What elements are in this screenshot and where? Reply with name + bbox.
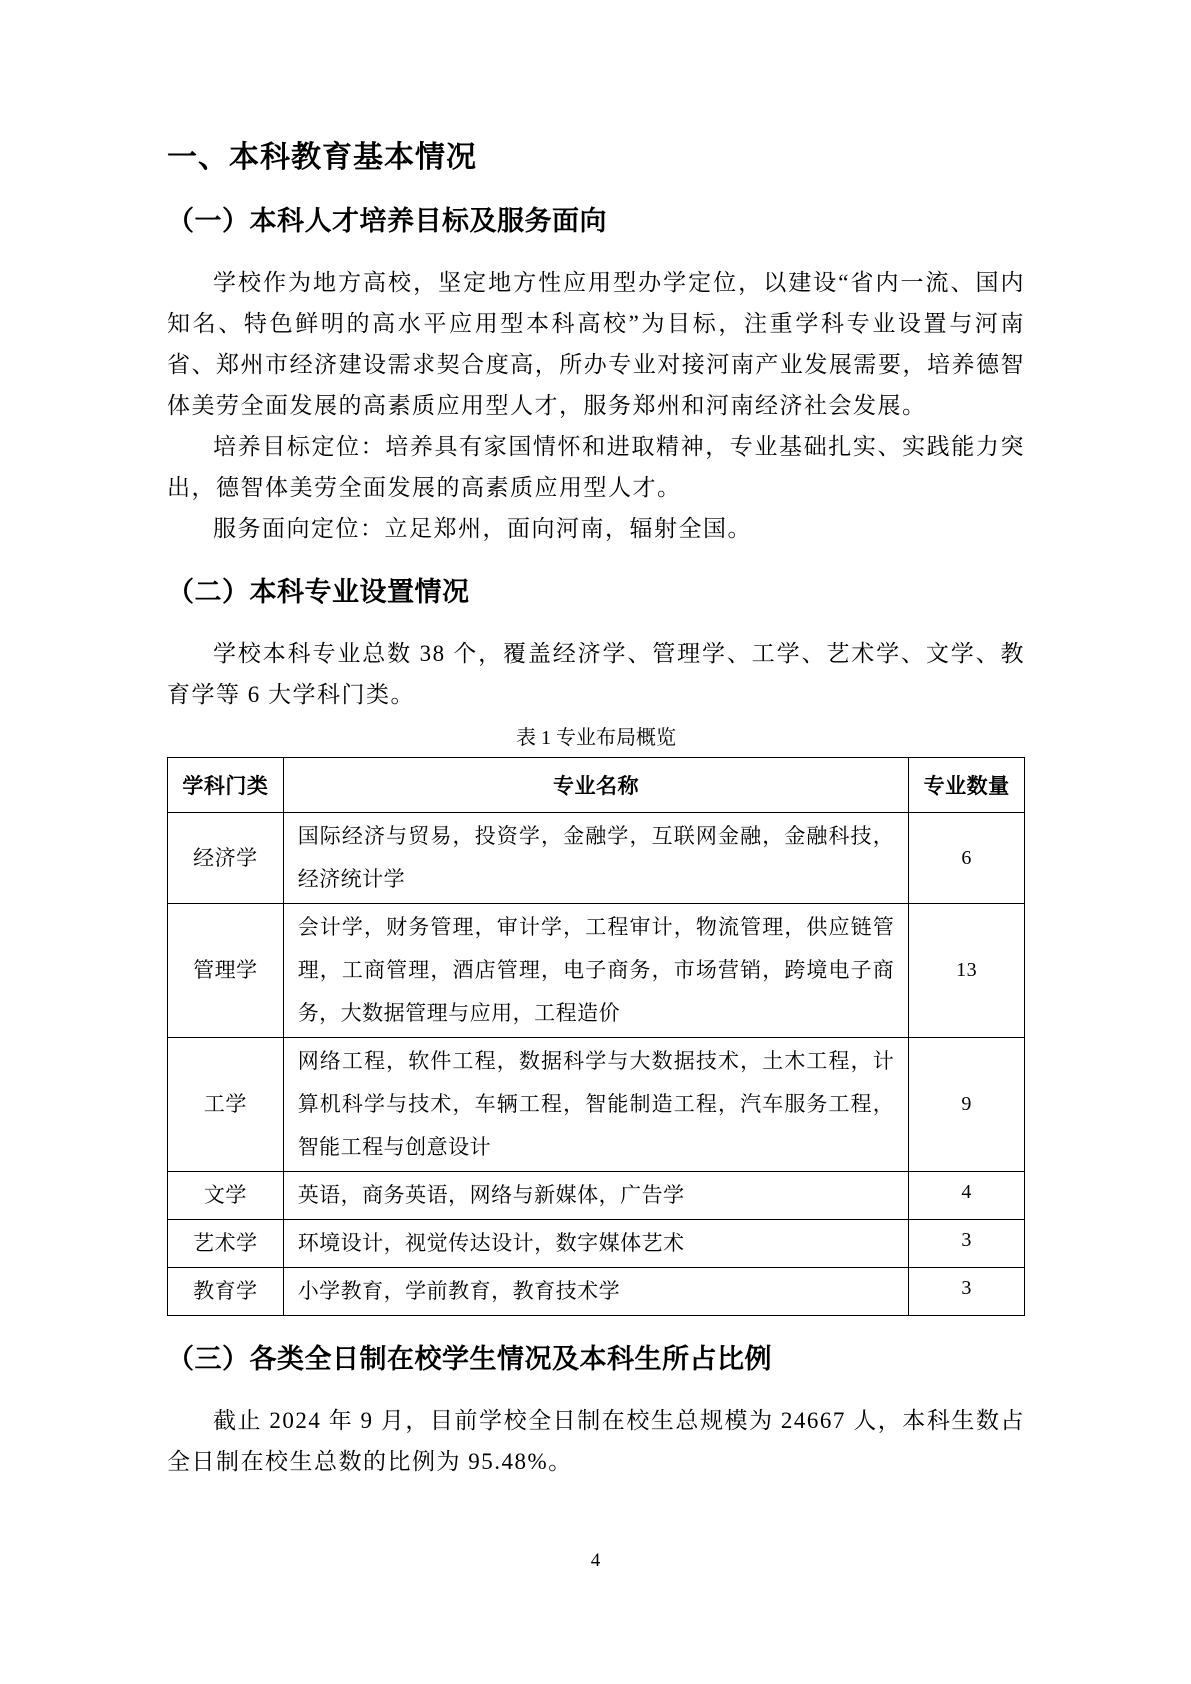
paragraph-training-goal: 培养目标定位：培养具有家国情怀和进取精神，专业基础扎实、实践能力突出，德智体美劳…: [167, 426, 1025, 508]
subsection3-heading: （三）各类全日制在校学生情况及本科生所占比例: [167, 1342, 1025, 1376]
majors-layout-table: 学科门类 专业名称 专业数量 经济学 国际经济与贸易，投资学，金融学，互联网金融…: [167, 757, 1025, 1316]
table-row: 艺术学 环境设计，视觉传达设计，数字媒体艺术 3: [168, 1220, 1025, 1268]
paragraph-enrollment: 截止 2024 年 9 月，目前学校全日制在校生总规模为 24667 人，本科生…: [167, 1400, 1025, 1482]
table-header-row: 学科门类 专业名称 专业数量: [168, 758, 1025, 813]
majors-cell: 小学教育，学前教育，教育技术学: [283, 1268, 909, 1316]
document-page: 一、本科教育基本情况 （一）本科人才培养目标及服务面向 学校作为地方高校，坚定地…: [0, 0, 1191, 1684]
category-cell: 文学: [168, 1172, 284, 1220]
count-cell: 6: [909, 813, 1025, 904]
paragraph-majors-overview: 学校本科专业总数 38 个，覆盖经济学、管理学、工学、艺术学、文学、教育学等 6…: [167, 633, 1025, 715]
page-number: 4: [0, 1550, 1191, 1572]
category-cell: 工学: [168, 1038, 284, 1172]
majors-cell: 国际经济与贸易，投资学，金融学，互联网金融，金融科技，经济统计学: [283, 813, 909, 904]
category-cell: 经济学: [168, 813, 284, 904]
majors-cell: 会计学，财务管理，审计学，工程审计，物流管理，供应链管理，工商管理，酒店管理，电…: [283, 904, 909, 1038]
subsection1-heading: （一）本科人才培养目标及服务面向: [167, 204, 1025, 238]
col-header-major-count: 专业数量: [909, 758, 1025, 813]
table-row: 教育学 小学教育，学前教育，教育技术学 3: [168, 1268, 1025, 1316]
count-cell: 3: [909, 1268, 1025, 1316]
paragraph-positioning: 学校作为地方高校，坚定地方性应用型办学定位，以建设“省内一流、国内知名、特色鲜明…: [167, 262, 1025, 426]
count-cell: 13: [909, 904, 1025, 1038]
table-body: 经济学 国际经济与贸易，投资学，金融学，互联网金融，金融科技，经济统计学 6 管…: [168, 813, 1025, 1316]
table-row: 文学 英语，商务英语，网络与新媒体，广告学 4: [168, 1172, 1025, 1220]
col-header-major-names: 专业名称: [283, 758, 909, 813]
majors-cell: 网络工程，软件工程，数据科学与大数据技术，土木工程，计算机科学与技术，车辆工程，…: [283, 1038, 909, 1172]
majors-cell: 英语，商务英语，网络与新媒体，广告学: [283, 1172, 909, 1220]
table-caption: 表 1 专业布局概览: [167, 723, 1025, 753]
majors-cell: 环境设计，视觉传达设计，数字媒体艺术: [283, 1220, 909, 1268]
count-cell: 9: [909, 1038, 1025, 1172]
category-cell: 艺术学: [168, 1220, 284, 1268]
category-cell: 教育学: [168, 1268, 284, 1316]
col-header-discipline-category: 学科门类: [168, 758, 284, 813]
table-row: 工学 网络工程，软件工程，数据科学与大数据技术，土木工程，计算机科学与技术，车辆…: [168, 1038, 1025, 1172]
subsection2-heading: （二）本科专业设置情况: [167, 575, 1025, 609]
count-cell: 4: [909, 1172, 1025, 1220]
table-row: 管理学 会计学，财务管理，审计学，工程审计，物流管理，供应链管理，工商管理，酒店…: [168, 904, 1025, 1038]
count-cell: 3: [909, 1220, 1025, 1268]
category-cell: 管理学: [168, 904, 284, 1038]
section-heading: 一、本科教育基本情况: [167, 140, 1025, 176]
table-row: 经济学 国际经济与贸易，投资学，金融学，互联网金融，金融科技，经济统计学 6: [168, 813, 1025, 904]
paragraph-service-orientation: 服务面向定位：立足郑州，面向河南，辐射全国。: [167, 508, 1025, 549]
